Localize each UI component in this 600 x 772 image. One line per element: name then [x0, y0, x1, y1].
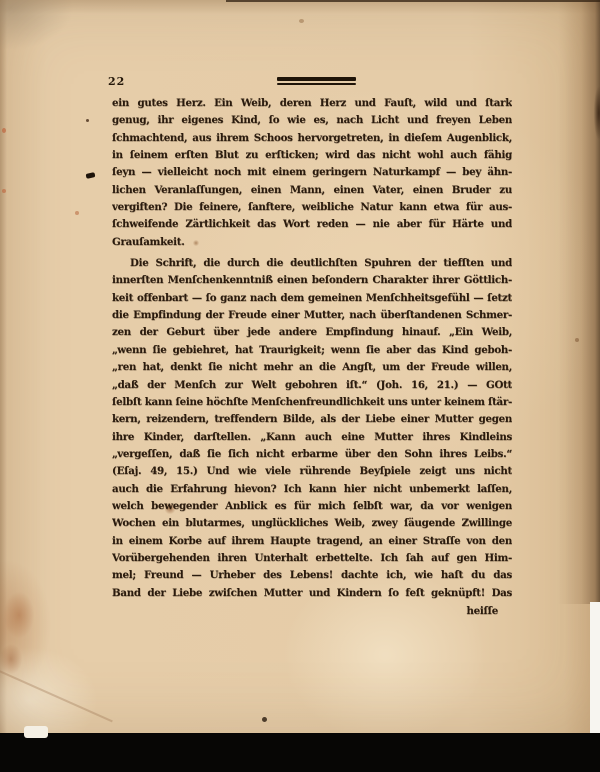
page-number: 22 [108, 75, 125, 88]
text-line: Grauſamkeit. [112, 234, 512, 251]
text-line: kern, reizendern, treffendern Bilde, als… [112, 411, 512, 428]
paragraph: ein gutes Herz. Ein Weib, deren Herz und… [112, 95, 512, 251]
text-line: „wenn ſie gebiehret, hat Traurigkeit; we… [112, 342, 512, 359]
text-line: Band der Liebe zwiſchen Mutter und Kinde… [112, 585, 512, 602]
paragraph: Die Schrift, die durch die deutlichſten … [112, 255, 512, 602]
text-line: ſelbſt kann ſeine höchſte Menſchenfreund… [112, 394, 512, 411]
text-line: (Eſaj. 49, 15.) Und wie viele rührende B… [112, 463, 512, 480]
scan-band-notch [24, 726, 48, 738]
divider-thick-line [277, 77, 356, 81]
text-line: vergiften? Die feinere, ſanftere, weibli… [112, 199, 512, 216]
text-line: in ſeinem erſten Blut zu erſticken; wird… [112, 147, 512, 164]
text-line: ſchmachtend, aus ihrem Schoos hervorgetr… [112, 130, 512, 147]
page-top-edge-line [226, 0, 600, 2]
text-line: Wochen ein blutarmes, unglückliches Weib… [112, 515, 512, 532]
text-line: welch bewegender Anblick es für mich ſel… [112, 498, 512, 515]
text-line: innerſten Menſchenkenntniß einen beſonde… [112, 272, 512, 289]
text-line: ſeyn — vielleicht noch mit einem geringe… [112, 164, 512, 181]
page-edge-curl [589, 76, 600, 150]
text-line: lichen Veranlaſſungen, einen Mann, einen… [112, 182, 512, 199]
scan-black-band [0, 733, 600, 772]
scanned-book-page: 22 ein gutes Herz. Ein Weib, deren Herz … [0, 0, 600, 772]
text-line: die Empfindung der Freude einer Mutter, … [112, 307, 512, 324]
scan-background-white [590, 602, 600, 733]
text-line: auch die Erfahrung hievon? Ich kann hier… [112, 481, 512, 498]
catchword: heiſſe [112, 603, 512, 620]
text-line: mel; Freund — Urheber des Lebens! dachte… [112, 567, 512, 584]
text-line: „daß der Menſch zur Welt gebohren iſt.“ … [112, 377, 512, 394]
text-line: Vorübergehenden ihren Unterhalt erbettel… [112, 550, 512, 567]
text-line: ihre Kinder, darſtellen. „Kann auch eine… [112, 429, 512, 446]
text-line: „ren hat, denkt ſie nicht mehr an die An… [112, 359, 512, 376]
text-line: genug, ihr eigenes Kind, ſo wie es, nach… [112, 112, 512, 129]
text-line: ſchweifende Zärtlichkeit das Wort reden … [112, 216, 512, 233]
text-line: ein gutes Herz. Ein Weib, deren Herz und… [112, 95, 512, 112]
text-line: zen der Geburt über jede andere Empfindu… [112, 324, 512, 341]
text-line: in einem Korbe auf ihrem Haupte tragend,… [112, 533, 512, 550]
section-divider-rule [277, 77, 356, 85]
text-block: ein gutes Herz. Ein Weib, deren Herz und… [112, 95, 512, 620]
text-line: Die Schrift, die durch die deutlichſten … [112, 255, 512, 272]
text-line: „vergeſſen, daß ſie ſich nicht erbarme ü… [112, 446, 512, 463]
text-line: keit offenbart — ſo ganz nach dem gemein… [112, 290, 512, 307]
divider-thin-line [277, 83, 356, 85]
